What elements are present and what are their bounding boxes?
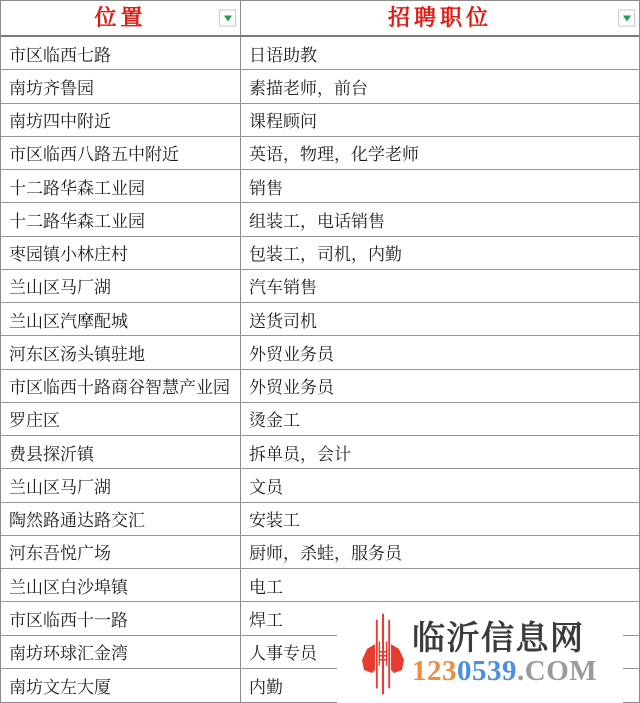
table-row: 河东区汤头镇驻地 外贸业务员 xyxy=(1,336,639,369)
table-row: 兰山区马厂湖 汽车销售 xyxy=(1,270,639,303)
table-row: 河东吾悦广场 厨师，杀蛙，服务员 xyxy=(1,536,639,569)
table-row: 十二路华森工业园 销售 xyxy=(1,170,639,203)
location-cell: 十二路华森工业园 xyxy=(1,203,241,235)
watermark-domain-blue: 0539 xyxy=(457,655,517,687)
location-cell: 枣园镇小林庄村 xyxy=(1,237,241,269)
location-cell: 兰山区汽摩配城 xyxy=(1,303,241,335)
filter-dropdown-icon xyxy=(224,15,232,21)
position-cell: 组装工，电话销售 xyxy=(241,203,639,235)
watermark-site-name: 临沂信息网 xyxy=(412,622,597,657)
position-cell: 安装工 xyxy=(241,503,639,535)
table-body: 市区临西七路 日语助教 南坊齐鲁园 素描老师，前台 南坊四中附近 课程顾问 市区… xyxy=(1,37,639,702)
location-cell: 市区临西十路商谷智慧产业园 xyxy=(1,370,241,402)
table-header-row: 位置 招聘职位 xyxy=(1,1,639,37)
location-cell: 陶然路通达路交汇 xyxy=(1,503,241,535)
position-cell: 日语助教 xyxy=(241,37,639,69)
header-label-position: 招聘职位 xyxy=(388,7,492,29)
location-cell: 十二路华森工业园 xyxy=(1,170,241,202)
table-row: 市区临西十路商谷智慧产业园 外贸业务员 xyxy=(1,370,639,403)
watermark-domain-orange: 123 xyxy=(412,655,457,687)
job-table: 位置 招聘职位 市区临西七路 日语助教 南坊齐鲁园 素描老师，前台 南坊四中附近… xyxy=(0,0,640,703)
position-cell: 厨师，杀蛙，服务员 xyxy=(241,536,639,568)
table-row: 兰山区白沙埠镇 电工 xyxy=(1,569,639,602)
site-watermark: 临沂信息网 1230539.COM xyxy=(337,605,623,703)
table-row: 南坊齐鲁园 素描老师，前台 xyxy=(1,70,639,103)
table-row: 南坊四中附近 课程顾问 xyxy=(1,104,639,137)
location-cell: 河东吾悦广场 xyxy=(1,536,241,568)
position-cell: 送货司机 xyxy=(241,303,639,335)
location-cell: 费县探沂镇 xyxy=(1,436,241,468)
position-cell: 烫金工 xyxy=(241,403,639,435)
location-cell: 罗庄区 xyxy=(1,403,241,435)
location-cell: 兰山区白沙埠镇 xyxy=(1,569,241,601)
position-cell: 电工 xyxy=(241,569,639,601)
location-cell: 南坊四中附近 xyxy=(1,104,241,136)
location-cell: 河东区汤头镇驻地 xyxy=(1,336,241,368)
position-cell: 外贸业务员 xyxy=(241,336,639,368)
location-cell: 南坊环球汇金湾 xyxy=(1,636,241,668)
position-cell: 课程顾问 xyxy=(241,104,639,136)
table-row: 费县探沂镇 拆单员，会计 xyxy=(1,436,639,469)
watermark-domain: 1230539.COM xyxy=(412,657,597,686)
position-cell: 文员 xyxy=(241,469,639,501)
header-label-location: 位置 xyxy=(94,7,146,29)
filter-dropdown-icon xyxy=(623,15,631,21)
table-row: 十二路华森工业园 组装工，电话销售 xyxy=(1,203,639,236)
position-cell: 素描老师，前台 xyxy=(241,70,639,102)
location-cell: 南坊文左大厦 xyxy=(1,669,241,702)
location-cell: 兰山区马厂湖 xyxy=(1,270,241,302)
location-cell: 兰山区马厂湖 xyxy=(1,469,241,501)
table-row: 罗庄区 烫金工 xyxy=(1,403,639,436)
table-row: 枣园镇小林庄村 包装工，司机，内勤 xyxy=(1,237,639,270)
linyi-logo-icon xyxy=(361,613,405,695)
table-row: 陶然路通达路交汇 安装工 xyxy=(1,503,639,536)
position-cell: 包装工，司机，内勤 xyxy=(241,237,639,269)
table-row: 兰山区汽摩配城 送货司机 xyxy=(1,303,639,336)
table-row: 市区临西八路五中附近 英语，物理，化学老师 xyxy=(1,137,639,170)
filter-button-location[interactable] xyxy=(219,10,236,27)
watermark-text: 临沂信息网 1230539.COM xyxy=(412,622,597,687)
location-cell: 南坊齐鲁园 xyxy=(1,70,241,102)
location-cell: 市区临西七路 xyxy=(1,37,241,69)
location-cell: 市区临西十一路 xyxy=(1,602,241,634)
table-row: 兰山区马厂湖 文员 xyxy=(1,469,639,502)
filter-button-position[interactable] xyxy=(618,10,635,27)
table-row: 市区临西七路 日语助教 xyxy=(1,37,639,70)
position-cell: 英语，物理，化学老师 xyxy=(241,137,639,169)
header-cell-location: 位置 xyxy=(1,1,241,35)
watermark-domain-gray: .COM xyxy=(517,655,597,687)
position-cell: 汽车销售 xyxy=(241,270,639,302)
position-cell: 拆单员，会计 xyxy=(241,436,639,468)
position-cell: 销售 xyxy=(241,170,639,202)
location-cell: 市区临西八路五中附近 xyxy=(1,137,241,169)
header-cell-position: 招聘职位 xyxy=(241,1,639,35)
position-cell: 外贸业务员 xyxy=(241,370,639,402)
